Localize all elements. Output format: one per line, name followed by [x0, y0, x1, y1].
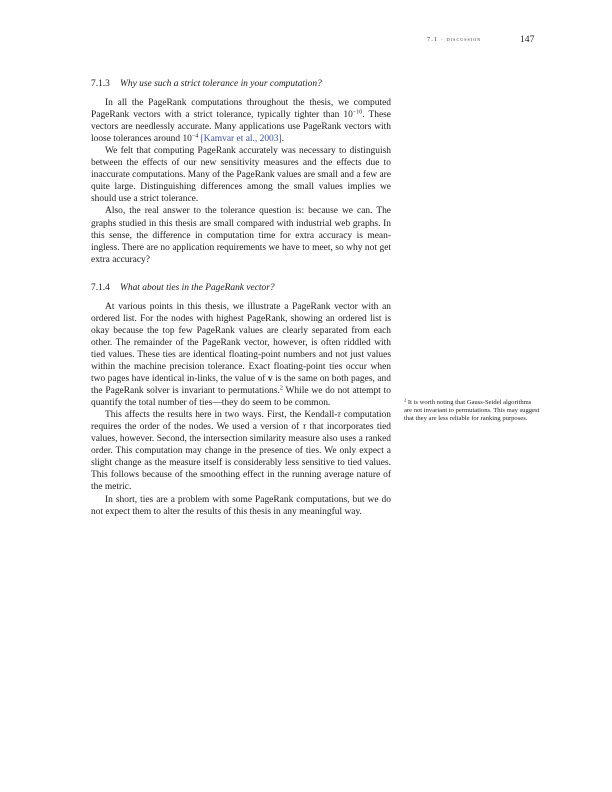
section-title: What about ties in the PageRank vector?: [120, 283, 275, 293]
paragraph: At various points in this thesis, we ill…: [91, 301, 391, 409]
text-run: that incorporates tied values, however. …: [91, 422, 391, 492]
paragraph: This affects the results here in two way…: [91, 409, 391, 493]
text-run: .: [282, 134, 284, 144]
paragraph: In short, ties are a problem with some P…: [91, 494, 391, 518]
text-run: This affects the results here in two way…: [105, 410, 337, 420]
exponent: −10: [353, 110, 362, 116]
section-title: Why use such a strict tolerance in your …: [120, 79, 322, 89]
paragraph: Also, the real answer to the tolerance q…: [91, 205, 391, 265]
page-number: 147: [520, 34, 534, 45]
main-text-column: 7.1.3Why use such a strict tolerance in …: [91, 78, 391, 518]
text-run: In all the PageRank computations through…: [91, 98, 391, 120]
paragraph: We felt that computing PageRank accurate…: [91, 145, 391, 205]
section-heading-7-1-4: 7.1.4What about ties in the PageRank vec…: [91, 282, 391, 294]
section-heading-7-1-3: 7.1.3Why use such a strict tolerance in …: [91, 78, 391, 90]
running-head: 7.1 · discussion: [427, 36, 481, 43]
exponent: −4: [192, 134, 198, 140]
section-number: 7.1.4: [91, 282, 120, 294]
page-header: 7.1 · discussion 147: [0, 36, 612, 50]
section-number: 7.1.3: [91, 78, 120, 90]
sidenote-text: It is worth noting that Gauss-Seidel alg…: [404, 399, 539, 422]
paragraph: In all the PageRank computations through…: [91, 97, 391, 145]
text-run: At various points in this thesis, we ill…: [91, 302, 391, 384]
citation-link[interactable]: [Kamvar et al., 2003]: [201, 134, 282, 144]
sidenote: 2 It is worth noting that Gauss-Seidel a…: [404, 399, 540, 423]
